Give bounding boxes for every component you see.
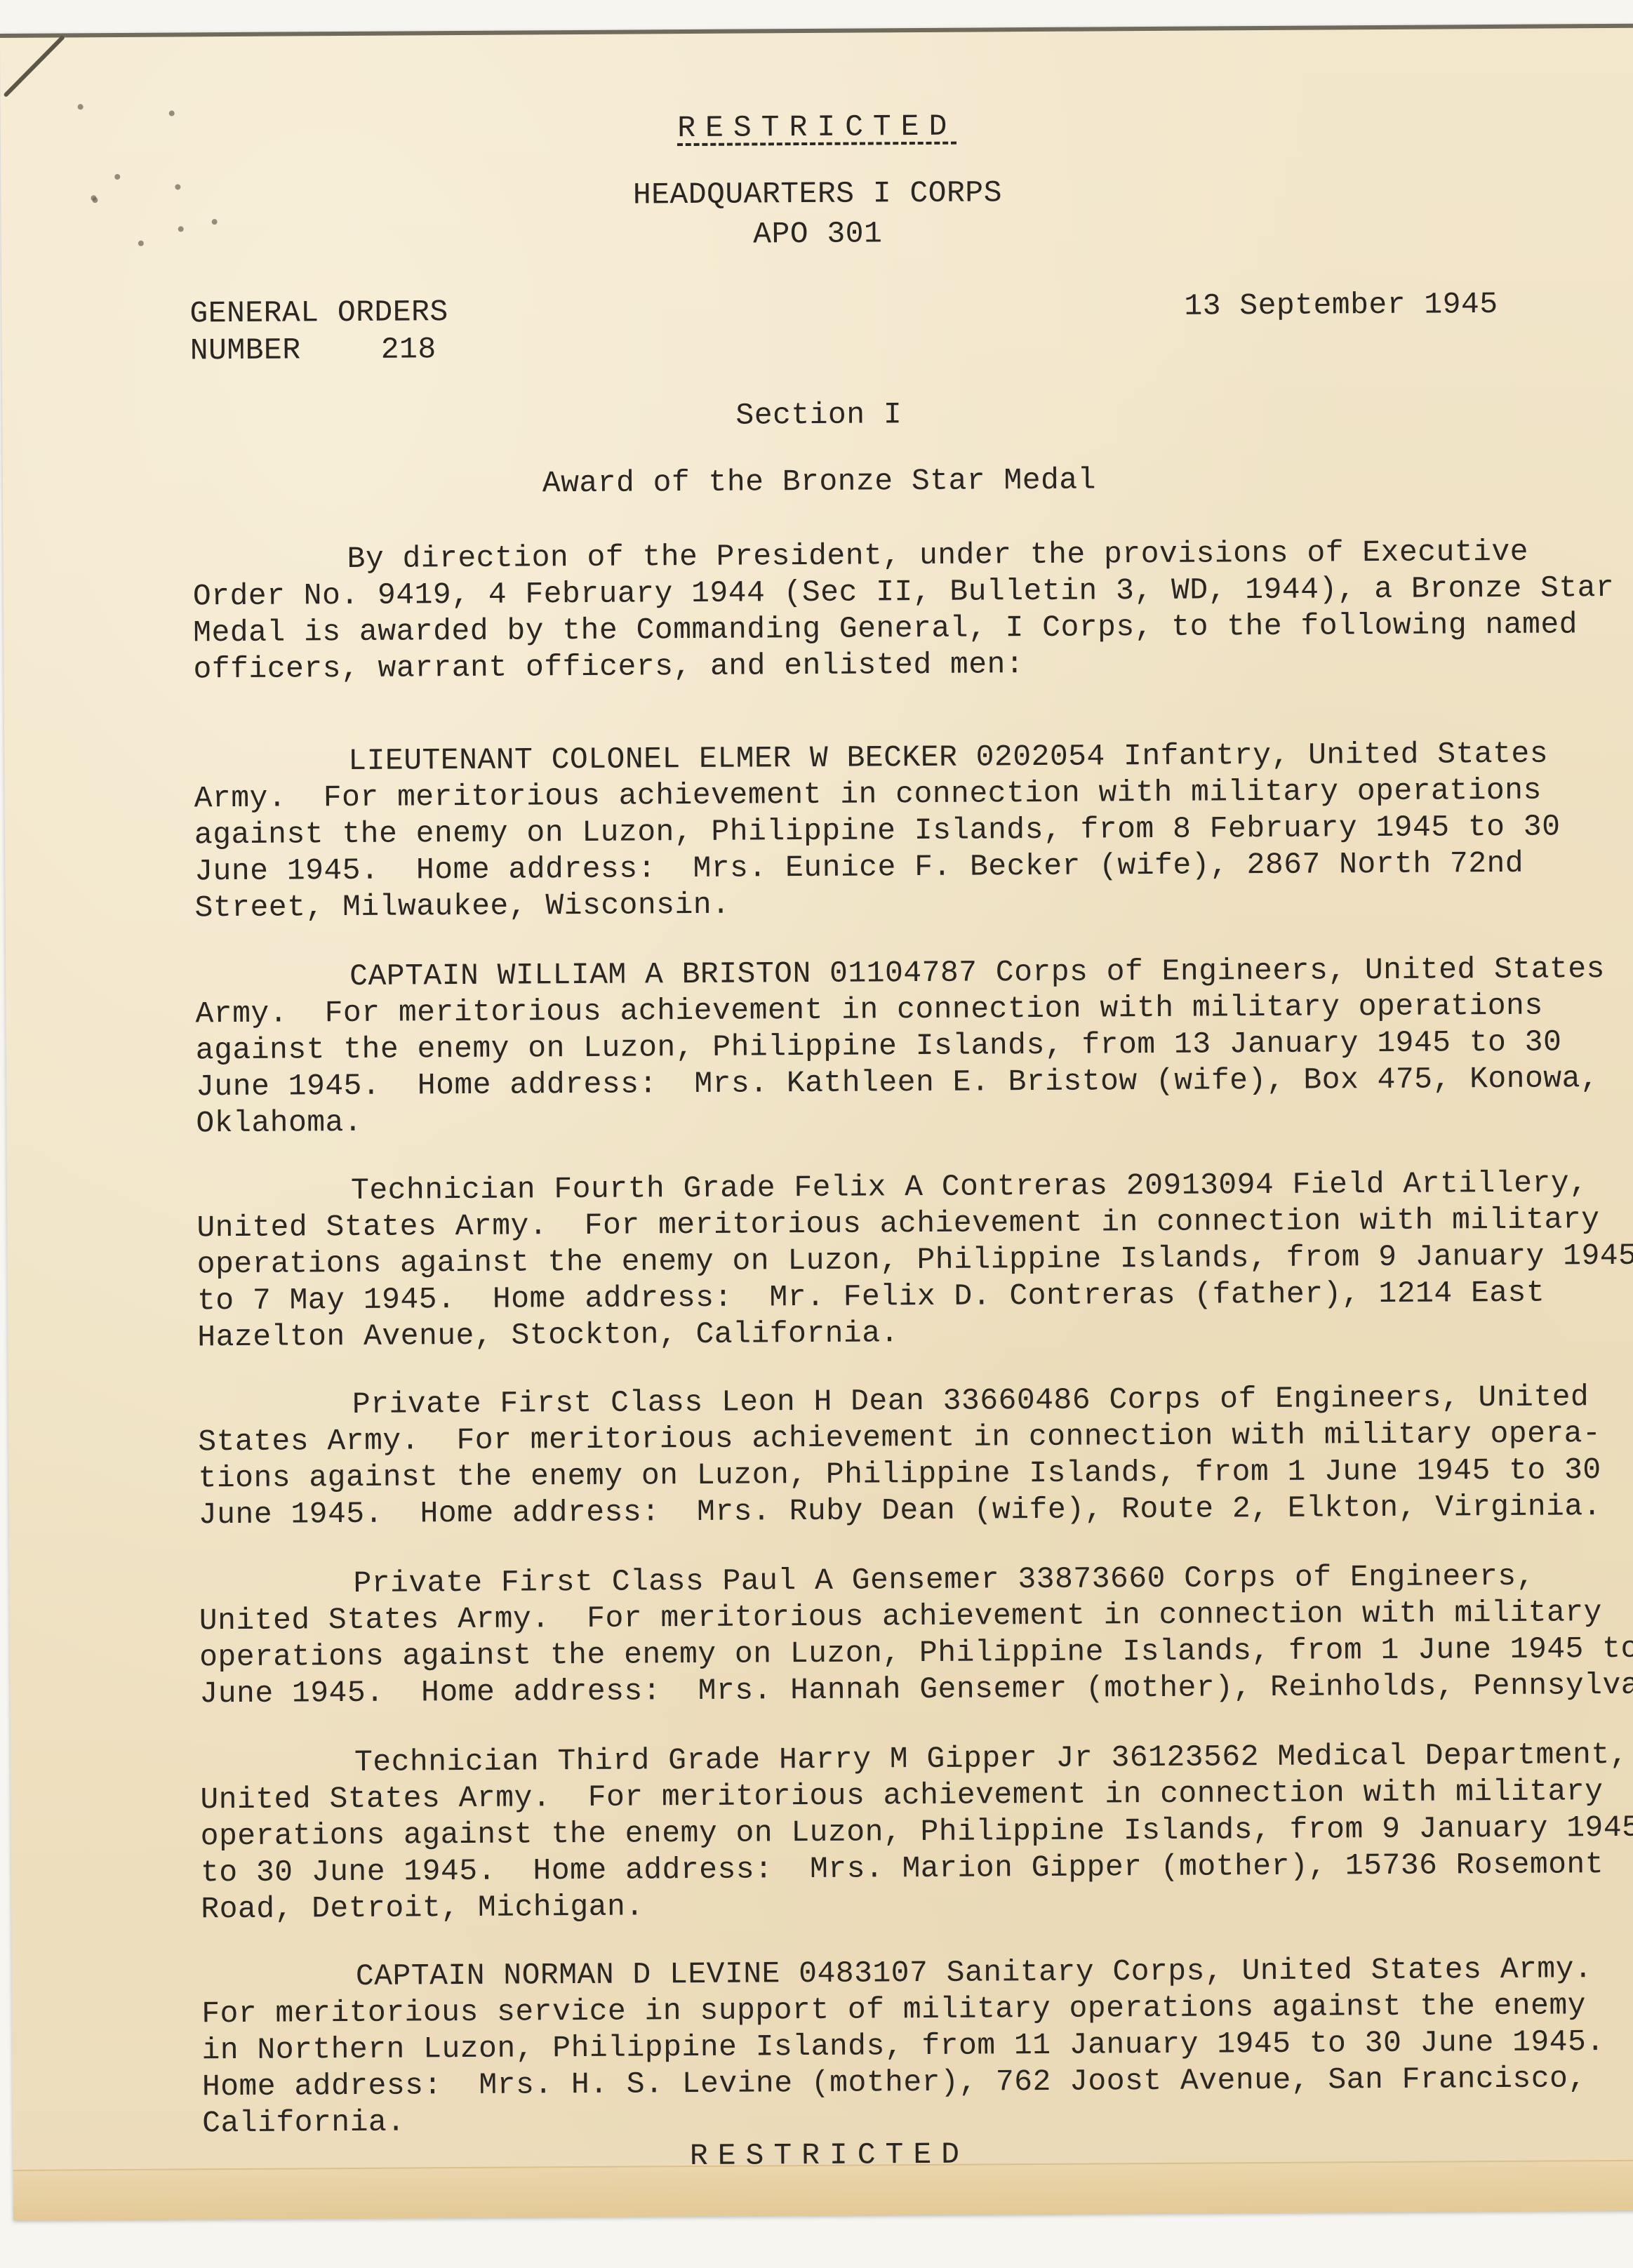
citation-becker: LIEUTENANT COLONEL ELMER W BECKER 020205… xyxy=(194,736,1542,927)
intro-line: officers, warrant officers, and enlisted… xyxy=(193,643,1540,688)
citation-briston: CAPTAIN WILLIAM A BRISTON 01104787 Corps… xyxy=(195,952,1544,1142)
citation-line: June 1945. Home address: Mrs. Hannah Gen… xyxy=(199,1668,1547,1713)
number-label: NUMBER xyxy=(190,333,301,368)
citation-gipper: Technician Third Grade Harry M Gipper Jr… xyxy=(200,1737,1549,1928)
apo-number: APO 301 xyxy=(1,212,1633,256)
headquarters-title: HEADQUARTERS I CORPS xyxy=(1,172,1633,216)
citation-line: Street, Milwaukee, Wisconsin. xyxy=(194,882,1542,927)
citation-line: Road, Detroit, Michigan. xyxy=(201,1883,1548,1928)
staple-hole xyxy=(114,174,120,180)
citation-contreras: Technician Fourth Grade Felix A Contrera… xyxy=(196,1166,1545,1356)
staple-hole xyxy=(78,104,84,109)
citation-gensemer: Private First Class Paul A Gensemer 3387… xyxy=(199,1559,1547,1713)
general-orders-label: GENERAL ORDERS xyxy=(189,295,448,331)
torn-corner-mark xyxy=(3,34,65,98)
intro-paragraph: By direction of the President, under the… xyxy=(192,534,1540,688)
award-title: Award of the Bronze Star Medal xyxy=(3,460,1633,504)
section-title: Section I xyxy=(2,393,1633,437)
citation-levine: CAPTAIN NORMAN D LEVINE 0483107 Sanitary… xyxy=(201,1952,1550,2142)
paper-bottom-edge xyxy=(13,2160,1633,2220)
citation-line: June 1945. Home address: Mrs. Ruby Dean … xyxy=(199,1489,1546,1534)
citation-dean: Private First Class Leon H Dean 33660486… xyxy=(198,1380,1546,1534)
order-number: 218 xyxy=(381,332,436,366)
classification-top: RESTRICTED xyxy=(1,105,1633,149)
document-page: RESTRICTED HEADQUARTERS I CORPS APO 301 … xyxy=(0,24,1633,2220)
citation-line: Hazelton Avenue, Stockton, California. xyxy=(197,1312,1545,1356)
order-date: 13 September 1945 xyxy=(1184,287,1498,323)
